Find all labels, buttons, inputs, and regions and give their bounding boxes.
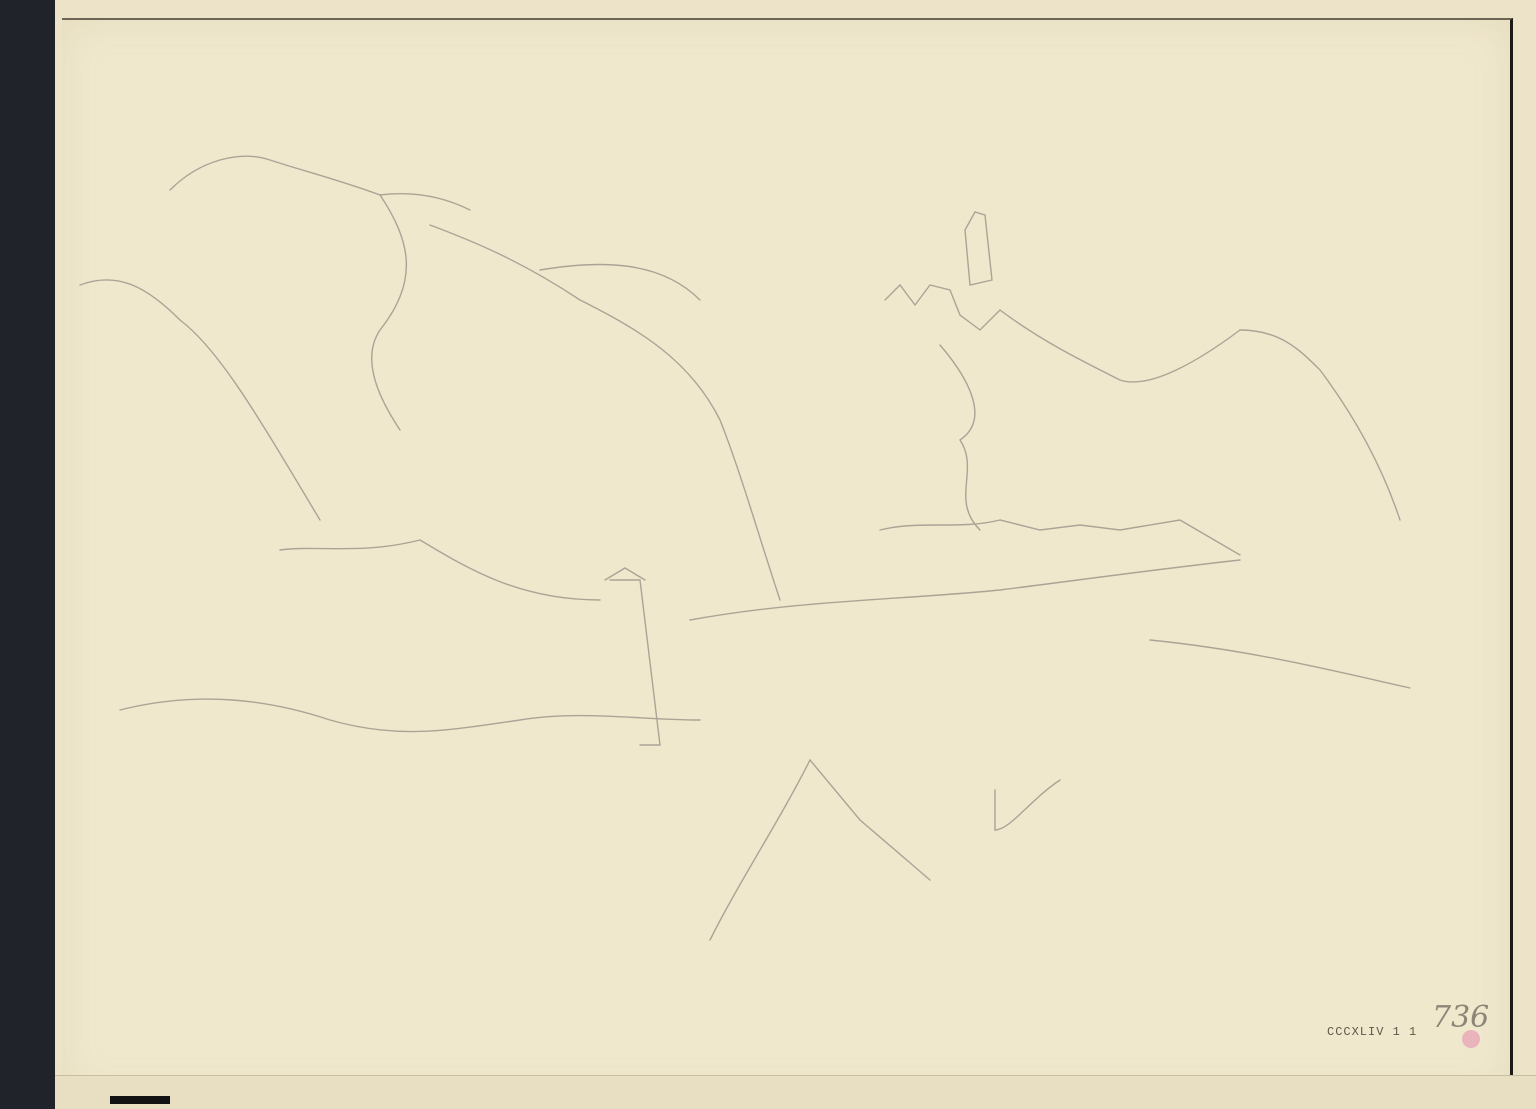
pink-mark	[1462, 1030, 1480, 1048]
castle-tower	[965, 212, 992, 285]
left-slope	[80, 280, 320, 520]
pencil-sketch	[0, 0, 1536, 1109]
catalogue-stamp: CCCXLIV 1 1	[1327, 1025, 1417, 1039]
building	[610, 580, 660, 745]
handwritten-number: 736	[1432, 1000, 1489, 1035]
